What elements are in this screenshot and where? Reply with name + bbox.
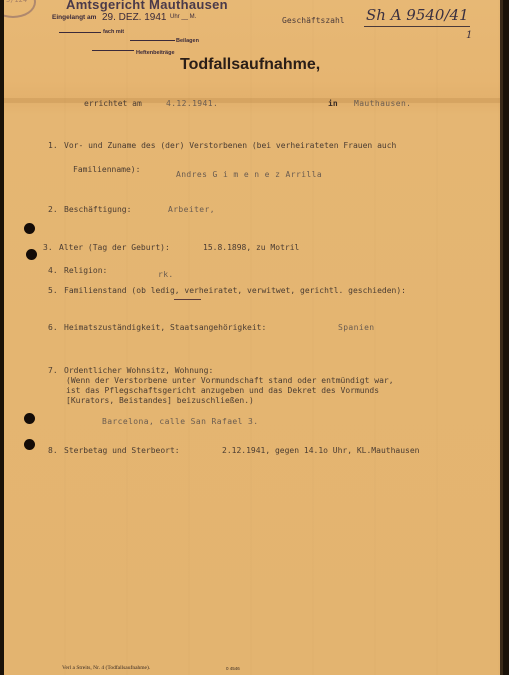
field-1-value: Andres G i m e n e z Arrilla [176, 170, 322, 179]
corner-stamp: 5/124 [4, 0, 36, 18]
punch-hole [26, 249, 37, 260]
field-7-value: Barcelona, calle San Rafael 3. [102, 417, 259, 426]
field-8-label: Sterbetag und Sterbeort: [64, 446, 180, 455]
field-7-note-line-1: (Wenn der Verstorbene unter Vormundschaf… [66, 376, 394, 385]
footer-code: 0 4546 [226, 666, 240, 671]
established-place: Mauthausen. [354, 99, 411, 108]
stamp-time-label: Uhr __ M. [170, 14, 196, 20]
document-title: Todfallsaufnahme, [180, 56, 320, 74]
established-date: 4.12.1941. [166, 99, 218, 108]
punch-hole [24, 413, 35, 424]
case-number-rule [364, 26, 470, 27]
field-3-label: Alter (Tag der Geburt): [59, 243, 170, 252]
field-6-value: Spanien [338, 323, 375, 332]
punch-hole [24, 439, 35, 450]
stamp-copies-label: fach mit [103, 29, 124, 35]
field-5-label: Familienstand (ob ledig, verheiratet, ve… [64, 286, 406, 295]
field-7-number: 7. [48, 366, 58, 375]
punch-hole [24, 223, 35, 234]
footer-publisher: Verl a Streits, Nr. 4 (Todfallsaufnahme)… [62, 665, 150, 671]
case-number-mark: 1 [466, 30, 472, 41]
case-number-label: Geschäftszahl [282, 16, 345, 25]
field-8-value: 2.12.1941, gegen 14.1o Uhr, KL.Mauthause… [222, 446, 419, 455]
corner-stamp-text: 5/124 [6, 0, 27, 4]
stamp-fee-label: Heftenbeiträge [136, 50, 175, 56]
established-place-label: in [328, 99, 338, 108]
field-5-number: 5. [48, 286, 58, 295]
field-3-value: 15.8.1898, zu Motril [203, 243, 299, 252]
field-8-number: 8. [48, 446, 58, 455]
field-7-label: Ordentlicher Wohnsitz, Wohnung: [64, 366, 213, 375]
field-2-value: Arbeiter, [168, 205, 215, 214]
field-4-number: 4. [48, 266, 58, 275]
field-1-number: 1. [48, 141, 58, 150]
stamp-rule [92, 50, 134, 51]
stamp-court-name: Amtsgericht Mauthausen [66, 0, 228, 12]
field-3-number: 3. [43, 243, 53, 252]
stamp-attachments-label: Beilagen [176, 38, 199, 44]
stamp-received-date: 29. DEZ. 1941 [102, 12, 166, 23]
field-5-selected-underline [174, 299, 201, 300]
document-page: 5/124 Amtsgericht Mauthausen Eingelangt … [4, 0, 503, 675]
page-edge [500, 0, 503, 675]
established-date-label: errichtet am [84, 99, 142, 108]
field-6-label: Heimatszuständigkeit, Staatsangehörigkei… [64, 323, 266, 332]
stamp-rule [59, 32, 101, 33]
field-7-note-line-2: ist das Pflegschaftsgericht anzugeben un… [66, 386, 379, 395]
field-4-label: Religion: [64, 266, 107, 275]
field-1-label-cont: Familienname): [73, 165, 140, 174]
case-number-value: Sh A 9540/41 [366, 6, 469, 24]
paper-fold [4, 98, 503, 103]
field-4-value: rk. [158, 270, 174, 279]
field-6-number: 6. [48, 323, 58, 332]
field-2-number: 2. [48, 205, 58, 214]
field-1-label: Vor- und Zuname des (der) Verstorbenen (… [64, 141, 396, 150]
stamp-received-label: Eingelangt am [52, 14, 96, 21]
field-7-note-line-3: [Kurators, Beistandes] beizuschließen.) [66, 396, 254, 405]
stamp-rule [130, 40, 175, 41]
field-2-label: Beschäftigung: [64, 205, 131, 214]
